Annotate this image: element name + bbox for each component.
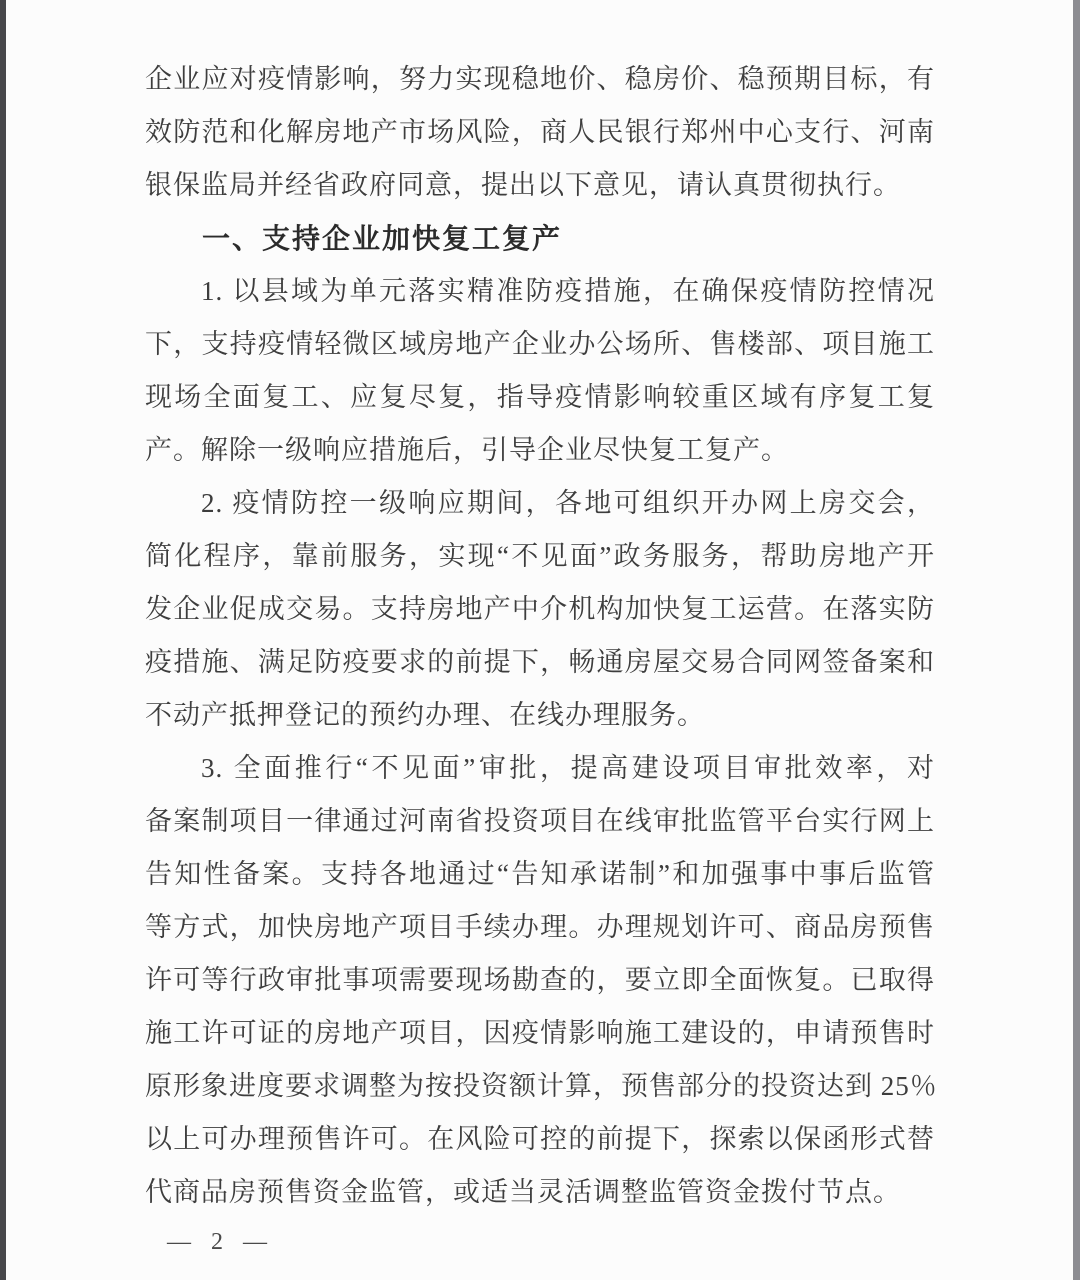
paragraph: 企业应对疫情影响，努力实现稳地价、稳房价、稳预期目标，有效防范和化解房地产市场风… [145, 53, 935, 212]
text-line: 以上可办理预售许可。在风险可控的前提下，探索以保函形式替 [145, 1113, 935, 1166]
document-body: 企业应对疫情影响，努力实现稳地价、稳房价、稳预期目标，有效防范和化解房地产市场风… [145, 53, 935, 1263]
text-line: 现场全面复工、应复尽复，指导疫情影响较重区域有序复工复 [145, 371, 935, 424]
text-line: 原形象进度要求调整为按投资额计算，预售部分的投资达到 25％ [145, 1060, 935, 1113]
text-line: 发企业促成交易。支持房地产中介机构加快复工运营。在落实防 [145, 583, 935, 636]
right-page-edge [1073, 0, 1080, 1280]
text-line: 1. 以县域为单元落实精准防疫措施，在确保疫情防控情况 [145, 265, 935, 318]
text-line: 简化程序，靠前服务，实现“不见面”政务服务，帮助房地产开 [145, 530, 935, 583]
text-line: 银保监局并经省政府同意，提出以下意见，请认真贯彻执行。 [145, 159, 935, 212]
text-line: 企业应对疫情影响，努力实现稳地价、稳房价、稳预期目标，有 [145, 53, 935, 106]
text-line: 许可等行政审批事项需要现场勘查的，要立即全面恢复。已取得 [145, 954, 935, 1007]
text-line: 下，支持疫情轻微区域房地产企业办公场所、售楼部、项目施工 [145, 318, 935, 371]
section-heading: 一、支持企业加快复工复产 [145, 212, 935, 265]
text-line: 产。解除一级响应措施后，引导企业尽快复工复产。 [145, 424, 935, 477]
text-line: 告知性备案。支持各地通过“告知承诺制”和加强事中事后监管 [145, 848, 935, 901]
paragraph: 3. 全面推行“不见面”审批，提高建设项目审批效率，对备案制项目一律通过河南省投… [145, 742, 935, 1219]
text-line: 备案制项目一律通过河南省投资项目在线审批监管平台实行网上 [145, 795, 935, 848]
text-line: 3. 全面推行“不见面”审批，提高建设项目审批效率，对 [145, 742, 935, 795]
text-line: 疫措施、满足防疫要求的前提下，畅通房屋交易合同网签备案和 [145, 636, 935, 689]
paragraph: 1. 以县域为单元落实精准防疫措施，在确保疫情防控情况下，支持疫情轻微区域房地产… [145, 265, 935, 477]
text-line: 不动产抵押登记的预约办理、在线办理服务。 [145, 689, 935, 742]
left-page-edge [0, 0, 6, 1280]
page-number: — 2 — [167, 1221, 935, 1263]
heading-line: 一、支持企业加快复工复产 [145, 212, 935, 265]
paragraph-container: 企业应对疫情影响，努力实现稳地价、稳房价、稳预期目标，有效防范和化解房地产市场风… [145, 53, 935, 1219]
text-line: 施工许可证的房地产项目，因疫情影响施工建设的，申请预售时 [145, 1007, 935, 1060]
text-line: 2. 疫情防控一级响应期间，各地可组织开办网上房交会， [145, 477, 935, 530]
text-line: 效防范和化解房地产市场风险，商人民银行郑州中心支行、河南 [145, 106, 935, 159]
paragraph: 2. 疫情防控一级响应期间，各地可组织开办网上房交会，简化程序，靠前服务，实现“… [145, 477, 935, 742]
text-line: 等方式，加快房地产项目手续办理。办理规划许可、商品房预售 [145, 901, 935, 954]
text-line: 代商品房预售资金监管，或适当灵活调整监管资金拨付节点。 [145, 1166, 935, 1219]
